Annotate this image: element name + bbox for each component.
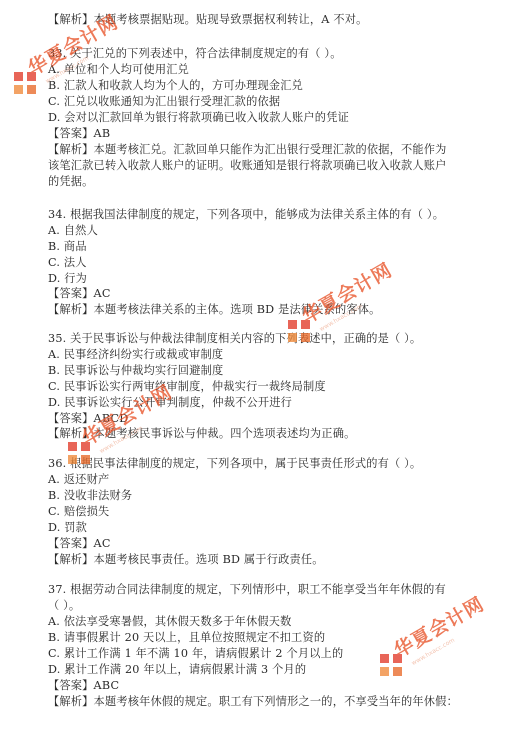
text-line: A. 自然人: [48, 223, 98, 239]
text-line: C. 赔偿损失: [48, 504, 109, 520]
text-line: 35. 关于民事诉讼与仲裁法律制度相关内容的下列表述中，正确的是（ ）。: [48, 331, 421, 347]
text-line: （ ）。: [48, 598, 80, 614]
text-line: 【解析】本题考核法律关系的主体。选项 BD 是法律关系的客体。: [48, 302, 381, 318]
text-line: 【答案】AC: [48, 286, 111, 302]
text-line: B. 没收非法财务: [48, 488, 132, 504]
text-line: 34. 根据我国法律制度的规定，下列各项中，能够成为法律关系主体的有（ ）。: [48, 207, 444, 223]
text-line: A. 返还财产: [48, 472, 109, 488]
text-line: C. 民事诉讼实行两审终审制度，仲裁实行一裁终局制度: [48, 379, 326, 395]
text-line: 【解析】本题考核民事责任。选项 BD 属于行政责任。: [48, 552, 324, 568]
text-line: 【解析】本题考核民事诉讼与仲裁。四个选项表述均为正确。: [48, 426, 355, 442]
text-line: B. 民事诉讼与仲裁均实行回避制度: [48, 363, 223, 379]
watermark-text: 华夏会计网: [389, 590, 489, 663]
text-line: D. 罚款: [48, 520, 87, 536]
text-line: C. 累计工作满 1 年不满 10 年，请病假累计 2 个月以上的: [48, 646, 343, 662]
watermark-logo-icon: [380, 654, 402, 676]
text-line: 【解析】本题考核年休假的规定。职工有下列情形之一的，不享受当年的年休假：: [48, 694, 458, 710]
text-line: 的凭据。: [48, 174, 94, 190]
text-line: D. 会对以汇款回单为银行将款项确已收入收款人账户的凭证: [48, 110, 349, 126]
text-line: 【答案】ABCD: [48, 411, 128, 427]
text-line: C. 法人: [48, 255, 87, 271]
text-line: A. 依法享受寒暑假，其休假天数多于年休假天数: [48, 614, 292, 630]
text-line: 【答案】AC: [48, 536, 111, 552]
text-line: B. 汇款人和收款人均为个人的，方可办理现金汇兑: [48, 78, 303, 94]
text-line: B. 请事假累计 20 天以上，且单位按照规定不扣工资的: [48, 630, 325, 646]
document-page: 【解析】本题考核票据贴现。贴现导致票据权利转让，A 不对。33. 关于汇兑的下列…: [0, 0, 511, 738]
text-line: D. 民事诉讼实行公开审判制度，仲裁不公开进行: [48, 395, 292, 411]
text-line: 【答案】ABC: [48, 678, 119, 694]
text-line: 【解析】本题考核票据贴现。贴现导致票据权利转让，A 不对。: [48, 12, 368, 28]
text-line: A. 单位和个人均可使用汇兑: [48, 62, 189, 78]
text-line: D. 行为: [48, 271, 87, 287]
text-line: 37. 根据劳动合同法律制度的规定，下列情形中，职工不能享受当年年休假的有: [48, 582, 446, 598]
text-line: D. 累计工作满 20 年以上，请病假累计满 3 个月的: [48, 662, 306, 678]
text-line: 33. 关于汇兑的下列表述中，符合法律制度规定的有（ ）。: [48, 46, 342, 62]
text-line: A. 民事经济纠纷实行或裁或审制度: [48, 347, 223, 363]
text-line: 36. 根据民事法律制度的规定，下列各项中，属于民事责任形式的有（ ）。: [48, 456, 421, 472]
watermark-logo-icon: [14, 72, 36, 94]
text-line: 【答案】AB: [48, 126, 110, 142]
text-line: 该笔汇款已转入收款人账户的证明。收账通知是银行将款项确已收入收款人账户: [48, 158, 447, 174]
text-line: 【解析】本题考核汇兑。汇款回单只能作为汇出银行受理汇款的依据，不能作为: [48, 142, 447, 158]
text-line: B. 商品: [48, 239, 87, 255]
text-line: C. 汇兑以收账通知为汇出银行受理汇款的依据: [48, 94, 280, 110]
watermark-url: www.hxacc.com: [411, 637, 456, 667]
